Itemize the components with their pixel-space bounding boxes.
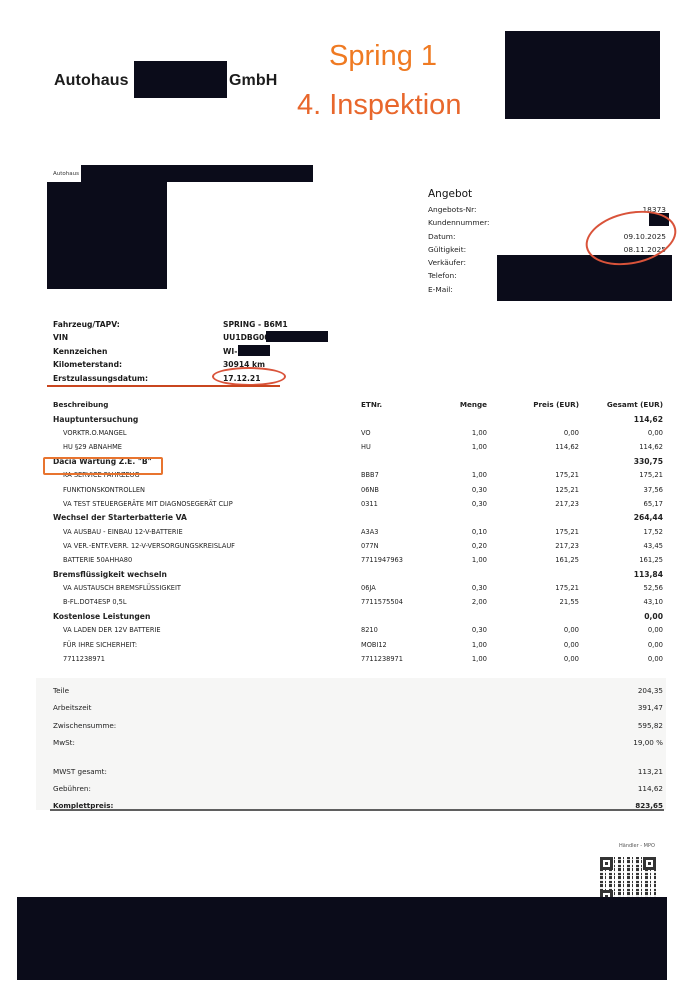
vehicle-label: Kennzeichen: [53, 345, 223, 358]
summary-rule: [50, 809, 664, 811]
item-quantity: 0,10: [427, 528, 487, 536]
item-part-number: 0311: [361, 500, 427, 508]
group-title: Hauptuntersuchung: [53, 415, 361, 424]
item-quantity: 1,00: [427, 443, 487, 451]
group-title: Wechsel der Starterbatterie VA: [53, 513, 361, 522]
summary-panel: Teile204,35 Arbeitszeit391,47 Zwischensu…: [36, 678, 666, 810]
table-row: 771123897177112389711,000,000,00: [53, 652, 663, 666]
redaction-plate: [238, 345, 270, 356]
item-part-number: 7711575504: [361, 598, 427, 606]
offer-label: E-Mail:: [428, 283, 453, 296]
item-quantity: 1,00: [427, 471, 487, 479]
table-group-row: Hauptuntersuchung114,62: [53, 412, 663, 426]
summary-labor: Arbeitszeit391,47: [53, 699, 663, 716]
offer-label: Gültigkeit:: [428, 243, 466, 256]
table-group-row: Kostenlose Leistungen0,00: [53, 609, 663, 623]
item-quantity: 0,30: [427, 500, 487, 508]
sender-line: Autohaus: [53, 171, 79, 177]
item-quantity: 1,00: [427, 641, 487, 649]
item-part-number: HU: [361, 443, 427, 451]
vehicle-value: SPRING - B6M1: [223, 318, 313, 331]
item-total: 65,17: [579, 500, 663, 508]
item-quantity: 0,20: [427, 542, 487, 550]
offer-label: Kundennummer:: [428, 216, 489, 229]
group-total: 330,75: [579, 457, 663, 466]
group-total: 264,44: [579, 513, 663, 522]
company-name-prefix: Autohaus: [54, 72, 129, 90]
item-part-number: 06JA: [361, 584, 427, 592]
item-quantity: 1,00: [427, 556, 487, 564]
col-total: Gesamt (EUR): [579, 400, 663, 409]
table-row: VA TEST STEUERGERÄTE MIT DIAGNOSEGERÄT C…: [53, 497, 663, 511]
item-description: B-FL.DOT4ESP 0,5L: [53, 598, 361, 606]
summary-subtotal: Zwischensumme:595,82: [53, 717, 663, 734]
item-part-number: 06NB: [361, 486, 427, 494]
table-row: VA VER.-ENTF.VERR. 12-V-VERSORGUNGSKREIS…: [53, 539, 663, 553]
item-price: 217,23: [487, 542, 579, 550]
annotation-model: Spring 1: [329, 40, 437, 73]
item-description: HU §29 ABNAHME: [53, 443, 361, 451]
item-price: 217,23: [487, 500, 579, 508]
col-quantity: Menge: [427, 400, 487, 409]
item-price: 114,62: [487, 443, 579, 451]
item-total: 114,62: [579, 443, 663, 451]
item-quantity: 1,00: [427, 655, 487, 663]
group-total: 114,62: [579, 415, 663, 424]
item-description: VA TEST STEUERGERÄTE MIT DIAGNOSEGERÄT C…: [53, 500, 361, 508]
summary-vat-total: MWST gesamt:113,21: [53, 763, 663, 780]
annotation-underline: [47, 385, 280, 387]
table-row: FUNKTIONSKONTROLLEN06NB0,30125,2137,56: [53, 482, 663, 496]
item-total: 0,00: [579, 626, 663, 634]
redaction-sender: [81, 165, 313, 182]
qr-label: Händler - MPO: [619, 843, 655, 849]
table-row: VA AUSTAUSCH BREMSFLÜSSIGKEIT06JA0,30175…: [53, 581, 663, 595]
vehicle-label: VIN: [53, 331, 223, 344]
group-title: Kostenlose Leistungen: [53, 612, 361, 621]
item-part-number: 7711238971: [361, 655, 427, 663]
item-part-number: VO: [361, 429, 427, 437]
item-description: VA AUSTAUSCH BREMSFLÜSSIGKEIT: [53, 584, 361, 592]
item-price: 175,21: [487, 528, 579, 536]
redaction-company: [134, 61, 227, 98]
item-total: 52,56: [579, 584, 663, 592]
item-quantity: 0,30: [427, 584, 487, 592]
item-part-number: 077N: [361, 542, 427, 550]
item-quantity: 0,30: [427, 486, 487, 494]
col-description: Beschreibung: [53, 400, 361, 409]
item-price: 0,00: [487, 626, 579, 634]
group-total: 0,00: [579, 612, 663, 621]
item-part-number: A3A3: [361, 528, 427, 536]
table-row: FÜR IHRE SICHERHEIT:MOBI121,000,000,00: [53, 638, 663, 652]
item-quantity: 0,30: [427, 626, 487, 634]
item-price: 0,00: [487, 429, 579, 437]
item-description: 7711238971: [53, 655, 361, 663]
item-total: 0,00: [579, 655, 663, 663]
item-quantity: 1,00: [427, 429, 487, 437]
item-price: 21,55: [487, 598, 579, 606]
summary-grand-total: Komplettpreis:823,65: [53, 797, 663, 814]
table-row: VORKTR.O.MANGELVO1,000,000,00: [53, 426, 663, 440]
item-price: 161,25: [487, 556, 579, 564]
table-group-row: Bremsflüssigkeit wechseln113,84: [53, 567, 663, 581]
item-description: VA LADEN DER 12V BATTERIE: [53, 626, 361, 634]
item-total: 43,10: [579, 598, 663, 606]
company-name-suffix: GmbH: [229, 72, 277, 90]
item-description: VORKTR.O.MANGEL: [53, 429, 361, 437]
annotation-registration-circle: [212, 367, 286, 386]
group-total: 113,84: [579, 570, 663, 579]
offer-label: Verkäufer:: [428, 256, 466, 269]
offer-label: Telefon:: [428, 269, 457, 282]
group-title: Bremsflüssigkeit wechseln: [53, 570, 361, 579]
item-total: 161,25: [579, 556, 663, 564]
table-row: VA LADEN DER 12V BATTERIE82100,300,000,0…: [53, 623, 663, 637]
item-part-number: 8210: [361, 626, 427, 634]
annotation-highlight-box: [43, 457, 163, 475]
table-row: HU §29 ABNAHMEHU1,00114,62114,62: [53, 440, 663, 454]
item-price: 0,00: [487, 641, 579, 649]
vehicle-row: Fahrzeug/TAPV:SPRING - B6M1: [53, 318, 313, 331]
table-header: Beschreibung ETNr. Menge Preis (EUR) Ges…: [53, 396, 663, 412]
vehicle-label: Erstzulassungsdatum:: [53, 372, 223, 385]
redaction-vin: [266, 331, 328, 342]
item-part-number: BBB7: [361, 471, 427, 479]
item-price: 125,21: [487, 486, 579, 494]
vehicle-label: Kilometerstand:: [53, 358, 223, 371]
table-row: VA AUSBAU - EINBAU 12-V-BATTERIEA3A30,10…: [53, 525, 663, 539]
offer-label: Angebots-Nr:: [428, 203, 477, 216]
redaction-address: [47, 182, 167, 289]
col-price: Preis (EUR): [487, 400, 579, 409]
offer-title: Angebot: [428, 188, 666, 200]
table-group-row: Wechsel der Starterbatterie VA264,44: [53, 511, 663, 525]
item-price: 175,21: [487, 471, 579, 479]
item-description: FÜR IHRE SICHERHEIT:: [53, 641, 361, 649]
offer-label: Datum:: [428, 230, 456, 243]
summary-vat-rate: MwSt:19,00 %: [53, 734, 663, 751]
line-items-table: Beschreibung ETNr. Menge Preis (EUR) Ges…: [53, 396, 663, 666]
item-part-number: 7711947963: [361, 556, 427, 564]
item-total: 43,45: [579, 542, 663, 550]
item-description: BATTERIE 50AHHA80: [53, 556, 361, 564]
item-price: 175,21: [487, 584, 579, 592]
item-description: FUNKTIONSKONTROLLEN: [53, 486, 361, 494]
qr-code-icon: [600, 857, 656, 897]
redaction-logo: [505, 31, 660, 119]
vehicle-label: Fahrzeug/TAPV:: [53, 318, 223, 331]
item-total: 37,56: [579, 486, 663, 494]
item-total: 17,52: [579, 528, 663, 536]
table-row: BATTERIE 50AHHA8077119479631,00161,25161…: [53, 553, 663, 567]
item-price: 0,00: [487, 655, 579, 663]
redaction-footer: [17, 897, 667, 980]
item-description: VA AUSBAU - EINBAU 12-V-BATTERIE: [53, 528, 361, 536]
col-part-number: ETNr.: [361, 400, 427, 409]
item-description: VA VER.-ENTF.VERR. 12-V-VERSORGUNGSKREIS…: [53, 542, 361, 550]
item-total: 175,21: [579, 471, 663, 479]
item-part-number: MOBI12: [361, 641, 427, 649]
redaction-contact: [497, 255, 672, 301]
item-total: 0,00: [579, 429, 663, 437]
item-quantity: 2,00: [427, 598, 487, 606]
item-total: 0,00: [579, 641, 663, 649]
table-row: B-FL.DOT4ESP 0,5L77115755042,0021,5543,1…: [53, 595, 663, 609]
vehicle-row: KennzeichenWI-: [53, 345, 313, 358]
summary-parts: Teile204,35: [53, 682, 663, 699]
annotation-inspection: 4. Inspektion: [297, 89, 461, 122]
summary-fees: Gebühren:114,62: [53, 780, 663, 797]
